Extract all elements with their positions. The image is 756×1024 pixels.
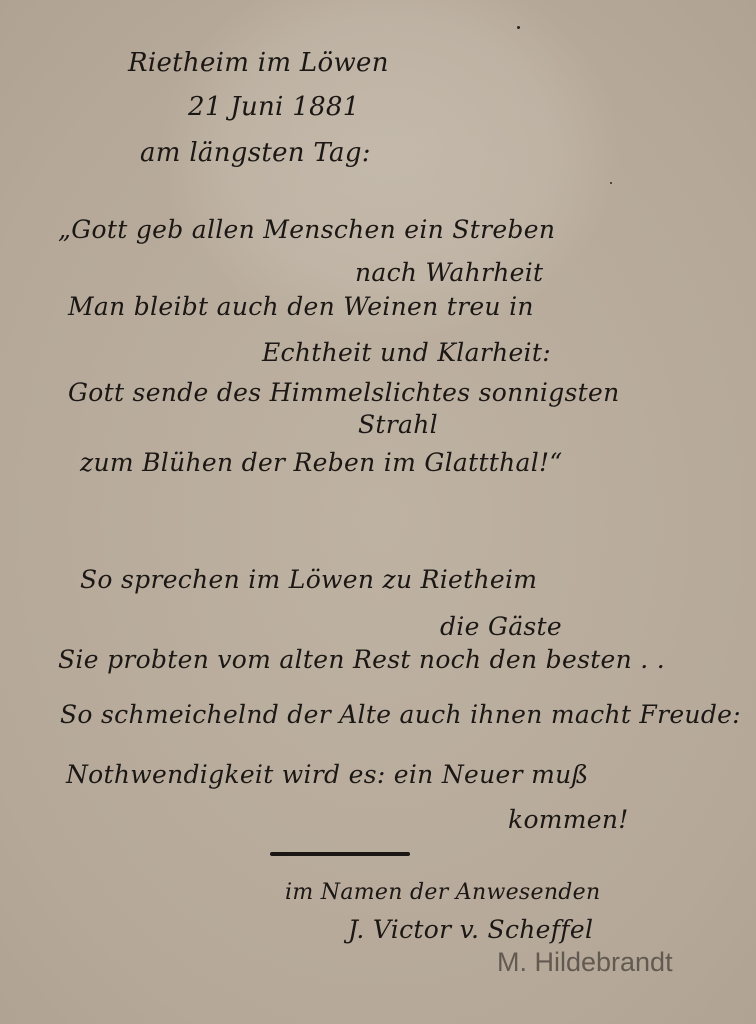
paper-speck [517, 26, 520, 29]
signature: J. Victor v. Scheffel [348, 915, 593, 944]
stanza2-line-3: Sie probten vom alten Rest noch den best… [58, 645, 665, 674]
stanza2-line-1: So sprechen im Löwen zu Rietheim [80, 565, 537, 594]
stanza1-line-2: nach Wahrheit [355, 258, 543, 287]
paper-speck [610, 182, 612, 184]
letter-page: Rietheim im Löwen 21 Juni 1881 am längst… [0, 0, 756, 1024]
stanza1-line-1: „Gott geb allen Menschen ein Streben [58, 215, 555, 244]
closing-line: im Namen der Anwesenden [285, 880, 600, 905]
heading-date: 21 Juni 1881 [188, 92, 360, 122]
stanza1-line-5: Gott sende des Himmelslichtes sonnigsten [68, 378, 620, 407]
stanza2-line-5: Nothwendigkeit wird es: ein Neuer muß [66, 760, 589, 789]
stanza2-line-4: So schmeichelnd der Alte auch ihnen mach… [60, 700, 741, 729]
stanza1-line-7: zum Blühen der Reben im Glattthal!“ [80, 448, 563, 477]
stanza2-line-2: die Gäste [440, 612, 562, 641]
divider-rule [270, 852, 410, 856]
heading-place: Rietheim im Löwen [128, 48, 389, 78]
stanza1-line-3: Man bleibt auch den Weinen treu in [68, 292, 534, 321]
heading-occasion: am längsten Tag: [140, 138, 371, 168]
stanza2-line-6: kommen! [508, 805, 629, 834]
stanza1-line-6: Strahl [358, 410, 438, 439]
watermark-credit: M. Hildebrandt [497, 947, 673, 978]
stanza1-line-4: Echtheit und Klarheit: [262, 338, 551, 367]
